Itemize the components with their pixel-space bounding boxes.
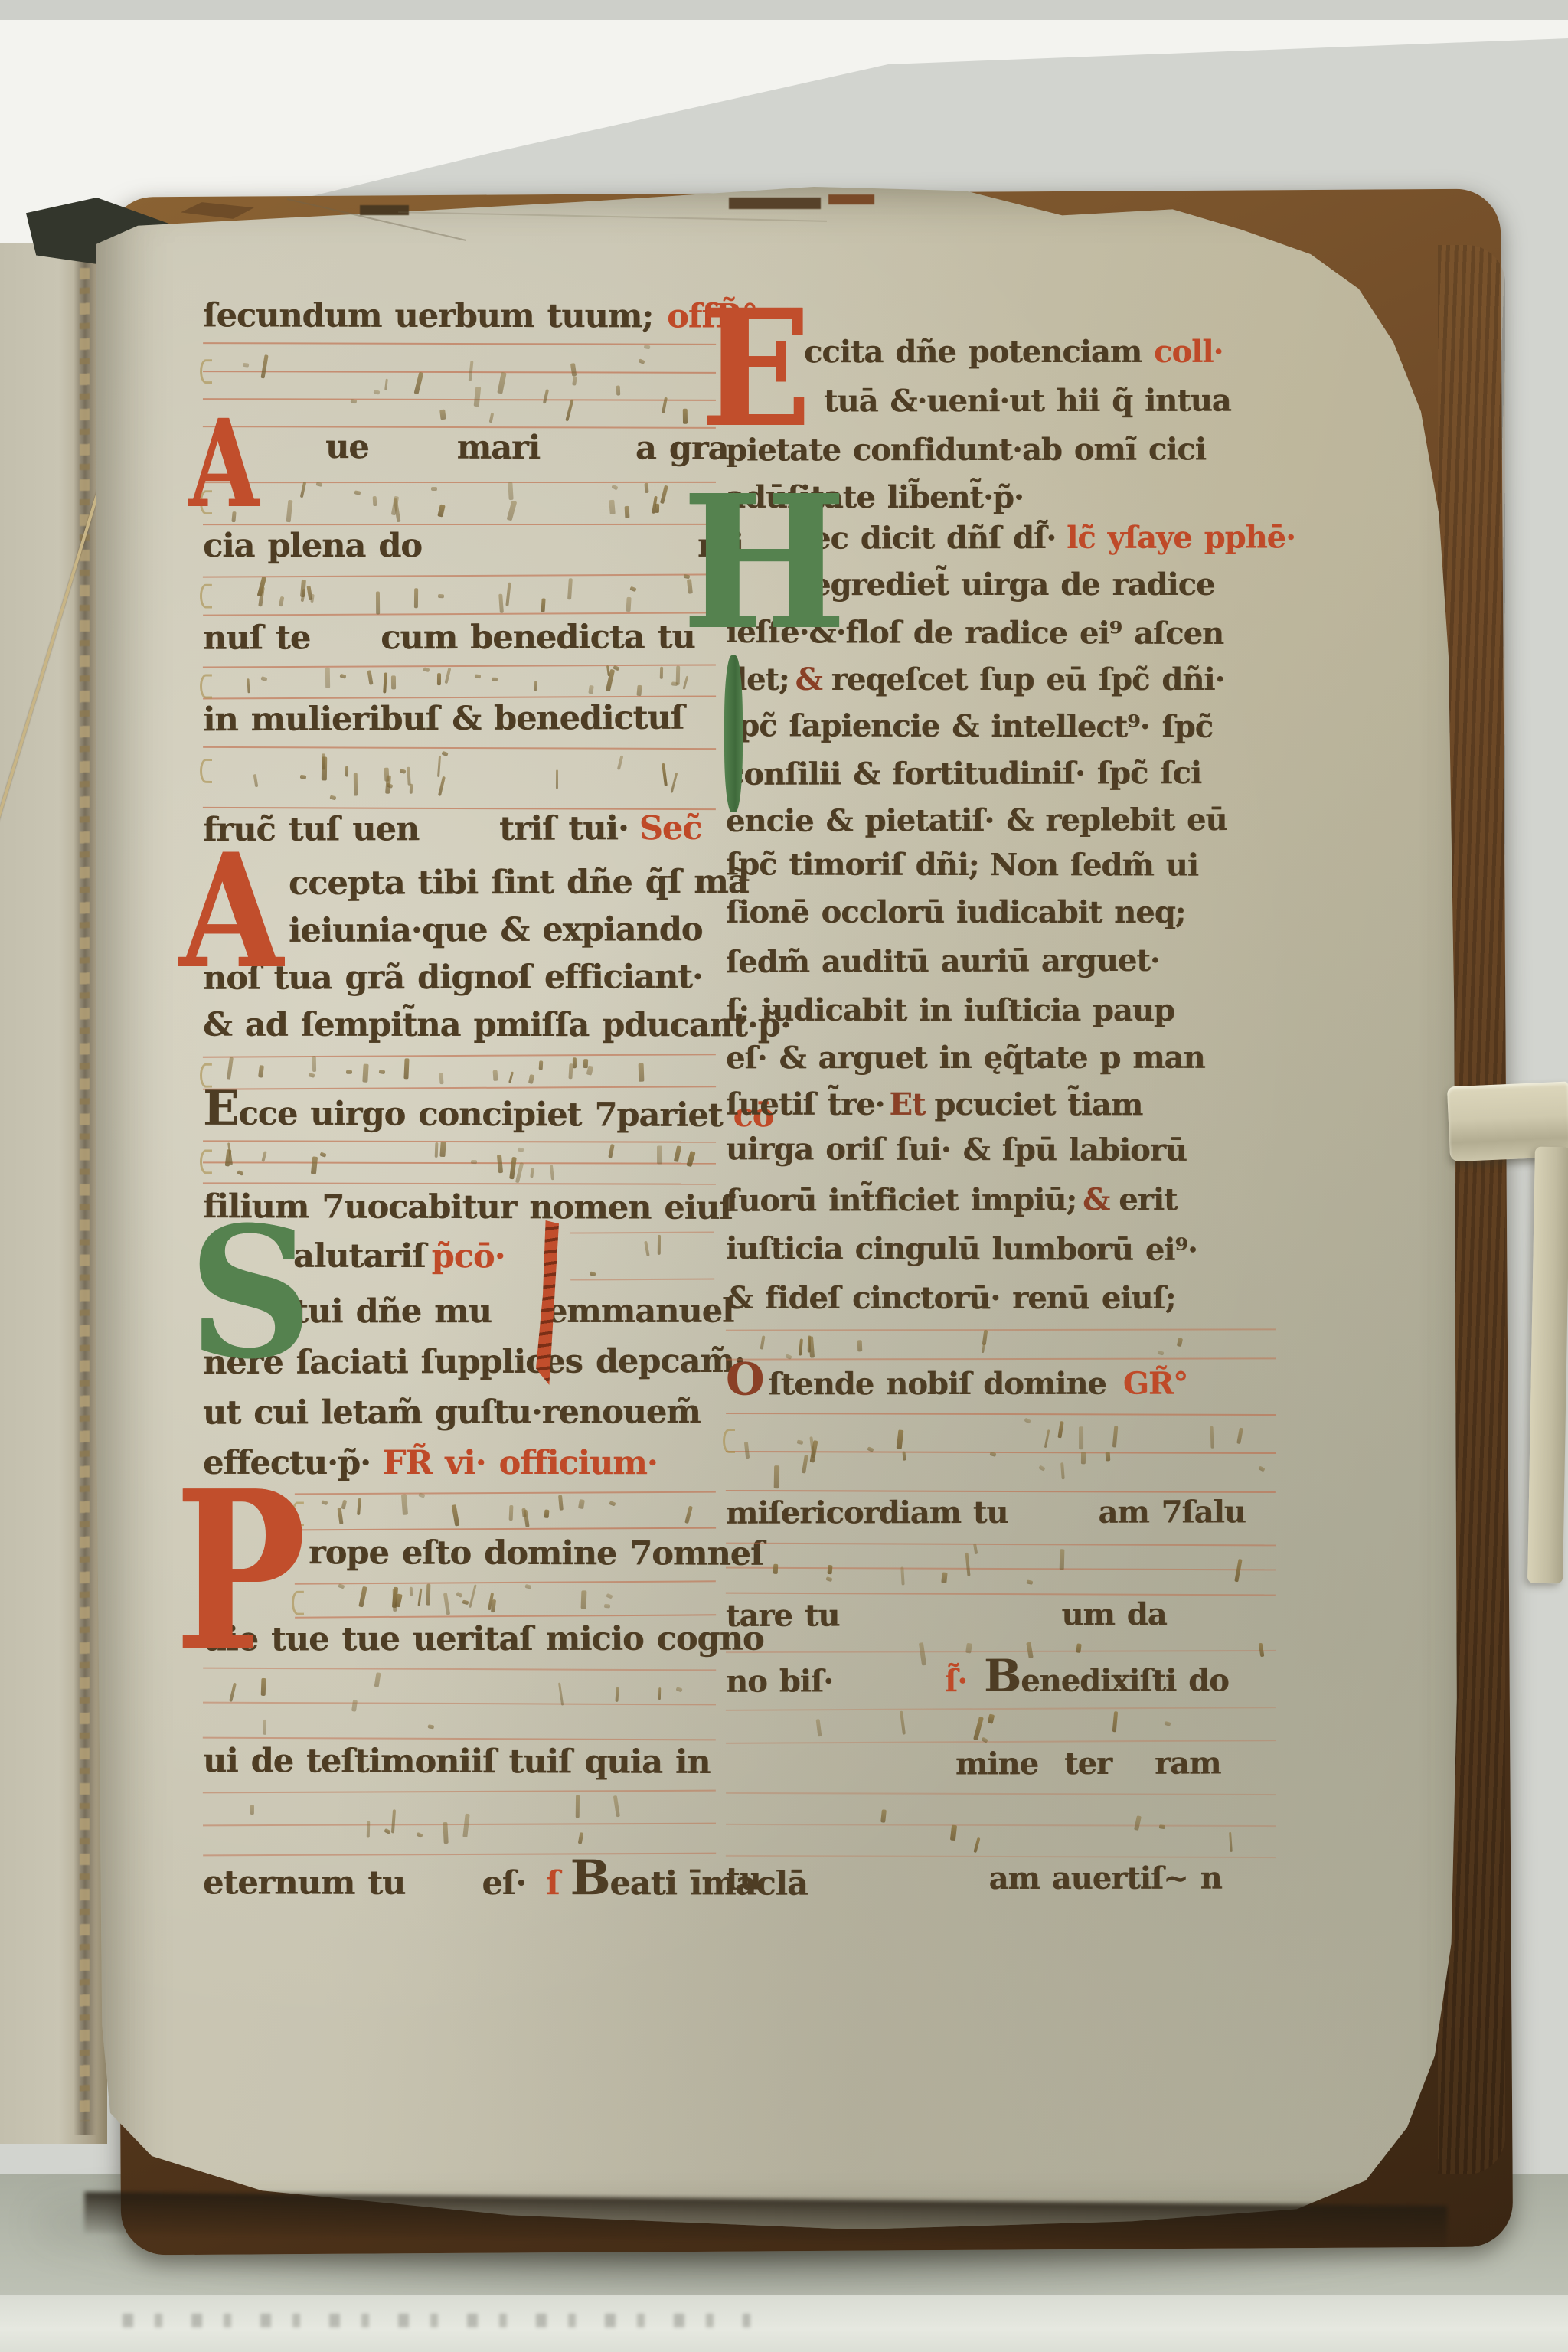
staff-line [295, 1527, 716, 1531]
neume-dot [400, 769, 407, 774]
left-column-text-line: eternum tueſ·ſBeati īmaclā [203, 1858, 808, 1903]
staff-line [295, 1581, 716, 1585]
neume [576, 1795, 580, 1818]
neume [367, 1821, 371, 1839]
body-text: ram [1155, 1745, 1220, 1781]
neume [509, 1156, 517, 1179]
body-text: egrediet̃ uirga de radice [812, 567, 1214, 603]
neume [439, 1073, 444, 1084]
neume [1236, 1428, 1243, 1445]
right-column-text-line: egrediet̃ uirga de radice [812, 567, 1214, 603]
staff-line [570, 1232, 714, 1234]
body-text: eſ· [482, 1864, 526, 1903]
neume [286, 500, 292, 522]
staff-line [203, 1161, 716, 1164]
neume [581, 1591, 587, 1609]
body-text: uirga oriſ ſui· & ſpū labiorū [726, 1131, 1187, 1168]
neume [227, 1057, 234, 1079]
right-column-text-line: tuam auertiſ~ n [726, 1860, 1222, 1897]
neume [760, 1335, 766, 1350]
body-text: mine [955, 1746, 1038, 1782]
right-column-text-line: Oſtende nobiſ domineGR̃° [726, 1361, 1187, 1403]
left-column-text-line: uemaria gra [325, 428, 729, 468]
neume [573, 1057, 577, 1068]
neume [773, 1564, 778, 1574]
right-column-text-line: ſ; iudicabit in iuſticia paup [726, 992, 1174, 1028]
music-staff [203, 665, 716, 701]
neume-dot [1159, 1825, 1165, 1830]
music-staff [203, 342, 716, 430]
right-column-text-line: ſuetiſ t̃re·Etpcuciet t̃iam [726, 1086, 1142, 1123]
music-staff [570, 1232, 714, 1282]
neume [1079, 1426, 1083, 1449]
neume [671, 773, 678, 793]
neume [569, 1063, 573, 1079]
body-text: ec dicit dñſ dſ̃· [812, 520, 1056, 557]
body-text: tuā &·ueni·ut hii q̃ intua [824, 383, 1231, 420]
body-text: in mulieribuſ & benedictuſ [203, 699, 684, 740]
neume [1076, 1644, 1082, 1654]
right-column-text-line: tuā &·ueni·ut hii q̃ intua [824, 383, 1231, 420]
body-text: Et [889, 1086, 925, 1122]
staff-line [203, 1853, 716, 1857]
neume [374, 1672, 381, 1687]
neume [572, 376, 577, 386]
body-text: & ad ſempit̃na pmiſſa pducant·p̃· [203, 1006, 791, 1045]
rubric-text: Sec̃ [639, 809, 702, 848]
body-text: reqeſcet ſup eū ſpc̃ dñi· [831, 661, 1225, 697]
neume [247, 678, 250, 693]
rubric-text: FR̃ vi· officium· [383, 1444, 658, 1482]
neume [311, 1157, 318, 1175]
staff-line [203, 1701, 716, 1705]
neume [407, 766, 411, 785]
neume [799, 1338, 804, 1355]
neume [827, 1565, 832, 1575]
body-text: ſionē occlorū iudicabit neq; [726, 894, 1185, 930]
neume [418, 1589, 423, 1606]
music-staff [726, 1706, 1276, 1746]
body-text: um da [1061, 1596, 1166, 1632]
neume [686, 1151, 695, 1167]
staff-line [726, 1490, 1276, 1493]
neume [307, 586, 313, 601]
neume-dot [671, 681, 677, 686]
body-text: ui de teſtimoniiſ tuiſ quia in [203, 1742, 710, 1782]
body-text: no biſ· [726, 1663, 833, 1699]
staff-line [726, 1328, 1276, 1331]
staff-line [203, 1823, 716, 1827]
neume [658, 1235, 661, 1256]
body-text: ſuetiſ t̃re· [726, 1086, 885, 1122]
body-text: B [570, 1859, 610, 1897]
music-staff [726, 1792, 1276, 1860]
neume [807, 1335, 810, 1352]
staff-line [203, 1140, 716, 1142]
neume [354, 773, 358, 796]
neume [509, 1072, 514, 1083]
staff-line [203, 612, 716, 616]
c-clef-mark [200, 674, 212, 698]
neume-dot [629, 586, 636, 592]
rubric-text: coll· [1154, 334, 1223, 370]
neume [570, 363, 577, 376]
staff-line [203, 342, 716, 345]
body-text: E [203, 1089, 239, 1128]
neume-dot [456, 1592, 462, 1598]
neume-dot [442, 750, 449, 756]
body-text: am auertiſ~ n [989, 1860, 1222, 1896]
neume-dot [423, 668, 430, 673]
neume-dot [350, 399, 357, 404]
neume [657, 1145, 662, 1164]
neume [524, 1509, 530, 1527]
neume [539, 1060, 543, 1070]
neume [509, 1505, 513, 1521]
neume [439, 1142, 446, 1157]
neume [659, 667, 662, 679]
body-text: ſpc̃ timoriſ dñi; [726, 846, 979, 883]
neume-dot [644, 345, 651, 349]
c-clef-mark [200, 1149, 212, 1174]
neume [567, 578, 573, 599]
neume-dot [308, 1073, 315, 1078]
rubric-text: ſ [546, 1864, 560, 1903]
neume [566, 400, 575, 422]
initial-A-accepta: A [179, 851, 283, 974]
right-column-text-line: ſpc̃ timoriſ dñi;Non ſedm̃ ui [726, 846, 1198, 883]
neume [437, 673, 441, 685]
rubric-text: lc̃ yſaye pphē· [1067, 519, 1295, 556]
left-column-text-line: cia plena domi [203, 527, 743, 565]
neume [897, 1430, 903, 1449]
neume-dot [475, 674, 482, 678]
neume-dot [603, 1603, 609, 1608]
neume [414, 589, 419, 609]
neume [367, 670, 373, 684]
neume [578, 1499, 585, 1509]
neume [1229, 1832, 1233, 1852]
neume [949, 1825, 956, 1841]
neume [391, 1810, 396, 1834]
neume [372, 496, 377, 506]
body-text: mari [457, 429, 541, 467]
neume [260, 354, 268, 378]
right-column-text-line: ſuorū int̃ficiet impiū;&erit [726, 1181, 1178, 1219]
neume [261, 1151, 267, 1162]
neume [616, 386, 621, 397]
neume [541, 598, 545, 612]
neume [497, 372, 506, 394]
body-text: ſuorū int̃ficiet impiū; [726, 1182, 1076, 1219]
body-text: emmanuel [547, 1292, 733, 1331]
right-column-text-line: tare tuum da [726, 1596, 1167, 1634]
right-column-text-line: encie & pietatiſ· & replebit eū [726, 802, 1227, 839]
staff-line [726, 1707, 1276, 1711]
staff-line [203, 1736, 716, 1740]
neume-dot [524, 1584, 531, 1589]
music-staff [203, 1053, 716, 1092]
c-clef-mark [200, 584, 212, 609]
right-column-text-line: ſionē occlorū iudicabit neq; [726, 894, 1185, 930]
body-text: nuſ te [203, 619, 310, 657]
music-staff [203, 1791, 716, 1859]
staff-line [203, 573, 716, 577]
neume [250, 1805, 254, 1815]
neume [942, 1572, 948, 1583]
neume [658, 1687, 661, 1700]
right-column-text-line: uirga oriſ ſui· & ſpū labiorū [726, 1131, 1187, 1168]
neume [312, 1056, 316, 1072]
neume [645, 482, 649, 492]
body-text: eſ· & arguet in ęq̃tate p man [726, 1040, 1205, 1076]
neume [1057, 1421, 1063, 1438]
neume [626, 596, 632, 612]
neume [639, 1063, 645, 1082]
neume [507, 501, 517, 521]
c-clef-mark [200, 360, 212, 384]
body-text: ieiunia·que & expiando [289, 910, 703, 950]
neume-dot [1158, 1351, 1165, 1356]
body-text: triſ tui· [499, 809, 629, 848]
neume [1105, 1452, 1109, 1461]
neume-dot [492, 678, 498, 681]
neume [1112, 1711, 1119, 1732]
neume [300, 481, 306, 497]
neume [660, 485, 668, 504]
right-column-text-line: ſpc̃ ſapiencie & intellect⁹· ſpc̃ [726, 707, 1213, 745]
neume [1177, 1338, 1183, 1347]
neume [544, 1510, 549, 1519]
right-column-text-line: miſericordiam tuam 7ſalu [726, 1494, 1246, 1530]
neume [558, 1495, 563, 1511]
neume [362, 1064, 368, 1083]
initial-H-hec: H [681, 492, 846, 635]
body-text: ſ; iudicabit in iuſticia paup [726, 992, 1174, 1028]
neume [452, 1504, 460, 1527]
neume [358, 1586, 367, 1608]
body-text: cum benedicta tu [381, 618, 694, 657]
body-text: ccepta tibi ſint dñe q̃ſ mã [289, 863, 749, 903]
neume [474, 387, 481, 407]
neume-dot [438, 594, 444, 598]
neume [530, 1168, 534, 1178]
neume [383, 673, 387, 694]
initial-S-salutaris: S [188, 1223, 312, 1364]
body-text: ccita dñe potenciam [804, 334, 1142, 370]
neume-dot [431, 487, 437, 491]
neume [1044, 1429, 1050, 1448]
body-text: ſecundum uerbum tuum; [203, 296, 653, 335]
staff-line [726, 1855, 1276, 1858]
neume [683, 408, 688, 423]
music-staff [203, 746, 716, 811]
neume [437, 756, 441, 777]
body-text: Non ſedm̃ ui [989, 847, 1198, 884]
neume-dot [346, 1070, 352, 1073]
neume [683, 675, 689, 689]
body-text: B [984, 1658, 1021, 1694]
neume [489, 412, 494, 423]
left-column-text-line: alutariſp̃cō· [293, 1237, 505, 1276]
neume [802, 1455, 808, 1475]
neume [403, 1058, 409, 1080]
neume-dot [1164, 1720, 1171, 1726]
right-column-text-line: ccita dñe potenciamcoll· [804, 334, 1223, 370]
neume-dot [611, 484, 618, 490]
neume [774, 1466, 779, 1489]
left-column-text-line: Ecce uirgo concipiet 7parietcō [203, 1089, 774, 1135]
neume [410, 1586, 413, 1596]
neume [376, 591, 380, 614]
initial-A-aue: A [188, 417, 259, 511]
neume-dot [243, 363, 250, 367]
neume [300, 580, 306, 598]
neume [1060, 1463, 1065, 1481]
neume [1081, 1452, 1086, 1464]
neume [543, 389, 549, 404]
neume [528, 1074, 534, 1084]
neume [384, 379, 388, 390]
body-text: & fideſ cinctorū· renū eiuſ; [726, 1280, 1175, 1316]
body-text: ſedm̃ auditū auriū arguet· [726, 942, 1160, 980]
initial-P-prope: P [175, 1487, 305, 1657]
rubric-text: ſ̃· [945, 1663, 967, 1699]
rubric-text: GR̃° [1123, 1366, 1187, 1402]
staff-line [295, 1614, 716, 1618]
neume-dot [1038, 1465, 1045, 1472]
rubric-text: p̃cō· [432, 1237, 505, 1276]
body-text: ter [1064, 1746, 1112, 1782]
neume [437, 505, 445, 518]
staff-line [726, 1567, 1276, 1571]
neume-dot [470, 1160, 476, 1164]
neume-dot [319, 1151, 326, 1157]
left-column-text-line: ut cui letam̃ guſtu·renouem̃ [203, 1393, 701, 1432]
body-text: ue [325, 428, 369, 466]
neume [278, 596, 284, 607]
neume [609, 499, 615, 514]
neume-dot [384, 1828, 390, 1834]
neume [351, 1700, 358, 1712]
left-column-text-line: ieiunia·que & expiando [289, 910, 703, 950]
neume [644, 1241, 649, 1257]
neume [469, 1584, 477, 1608]
staff-line [203, 1053, 716, 1058]
body-text: conſilii & fortitudiniſ· ſpc̃ ſci [726, 755, 1201, 792]
body-text: tare tu [726, 1597, 840, 1634]
neume [426, 1584, 430, 1606]
left-column-text-line: ſecundum uerbum tuum;offR̃° [203, 296, 757, 335]
music-staff [726, 1543, 1276, 1599]
neume-dot [373, 390, 380, 395]
neume-dot [260, 676, 267, 681]
neume-dot [1259, 1466, 1266, 1472]
neume-dot [321, 1500, 328, 1505]
neume [987, 1713, 994, 1723]
body-text: am 7ſalu [1098, 1494, 1246, 1530]
staff-line [203, 482, 716, 483]
neume [401, 1494, 408, 1514]
neume [880, 1810, 887, 1824]
neume-dot [609, 1501, 616, 1506]
staff-line [726, 1357, 1276, 1360]
staff-line [726, 1413, 1276, 1416]
right-column-text-line: ſedm̃ auditū auriū arguet· [726, 942, 1160, 980]
staff-line [203, 398, 716, 401]
neume [965, 1553, 971, 1576]
left-column-text-line: ui de teſtimoniiſ tuiſ quia in [203, 1742, 710, 1782]
body-text: O [726, 1361, 764, 1396]
neume-dot [300, 775, 307, 779]
neume [506, 583, 511, 606]
body-text: iuſticia cingulū lumborū ei⁹· [726, 1230, 1197, 1268]
neume-dot [428, 1724, 435, 1729]
neume [578, 1832, 584, 1844]
neume [966, 1643, 972, 1654]
body-text: miſericordiam tu [726, 1494, 1008, 1531]
neume [608, 1144, 615, 1158]
music-staff [203, 573, 716, 618]
neume-dot [589, 1272, 596, 1277]
neume [684, 1505, 693, 1524]
staff-line [726, 1792, 1276, 1795]
staff-line [295, 1491, 716, 1495]
body-text: encie & pietatiſ· & replebit eū [726, 802, 1227, 839]
neume [662, 763, 668, 786]
neume [857, 1340, 862, 1351]
body-text: erit [1119, 1181, 1177, 1217]
c-clef-mark [723, 1429, 735, 1453]
neume [815, 1719, 822, 1737]
neume [445, 667, 452, 683]
neume [982, 1343, 985, 1354]
neume [637, 684, 642, 695]
staff-line [203, 1789, 716, 1793]
neume-dot [1024, 1417, 1031, 1423]
body-text: tui dñe mu [293, 1292, 492, 1331]
neume-dot [676, 1687, 683, 1692]
body-text: ſtende nobiſ domine [769, 1366, 1106, 1403]
body-text: enedixiſti do [1021, 1662, 1229, 1699]
neume [1210, 1426, 1214, 1448]
neume-dot [237, 1170, 243, 1176]
body-text: cce uirgo concipiet 7pariet [238, 1095, 722, 1135]
neume-dot [606, 1592, 613, 1599]
neume [443, 1592, 450, 1615]
neume-dot [462, 1600, 469, 1606]
neume-dot [1026, 1580, 1033, 1586]
neume-dot [639, 358, 645, 364]
staff-line [570, 1278, 714, 1280]
neume [900, 1711, 906, 1735]
left-column-text-line: ccepta tibi ſint dñe q̃ſ mã [289, 863, 749, 903]
staff-line [203, 371, 716, 374]
staff-line [726, 1451, 1276, 1454]
neume [498, 593, 503, 613]
neume [974, 1837, 981, 1853]
body-text: pcuciet t̃iam [934, 1086, 1142, 1122]
neume [515, 1162, 524, 1184]
staff-line [203, 664, 716, 668]
body-text: rope eſto domine 7omneſ [309, 1534, 764, 1573]
neume-dot [354, 490, 361, 495]
neume [1134, 1816, 1142, 1831]
neume [338, 1508, 344, 1524]
neume-dot [316, 482, 323, 487]
c-clef-mark [200, 759, 212, 783]
neume [357, 1498, 361, 1515]
